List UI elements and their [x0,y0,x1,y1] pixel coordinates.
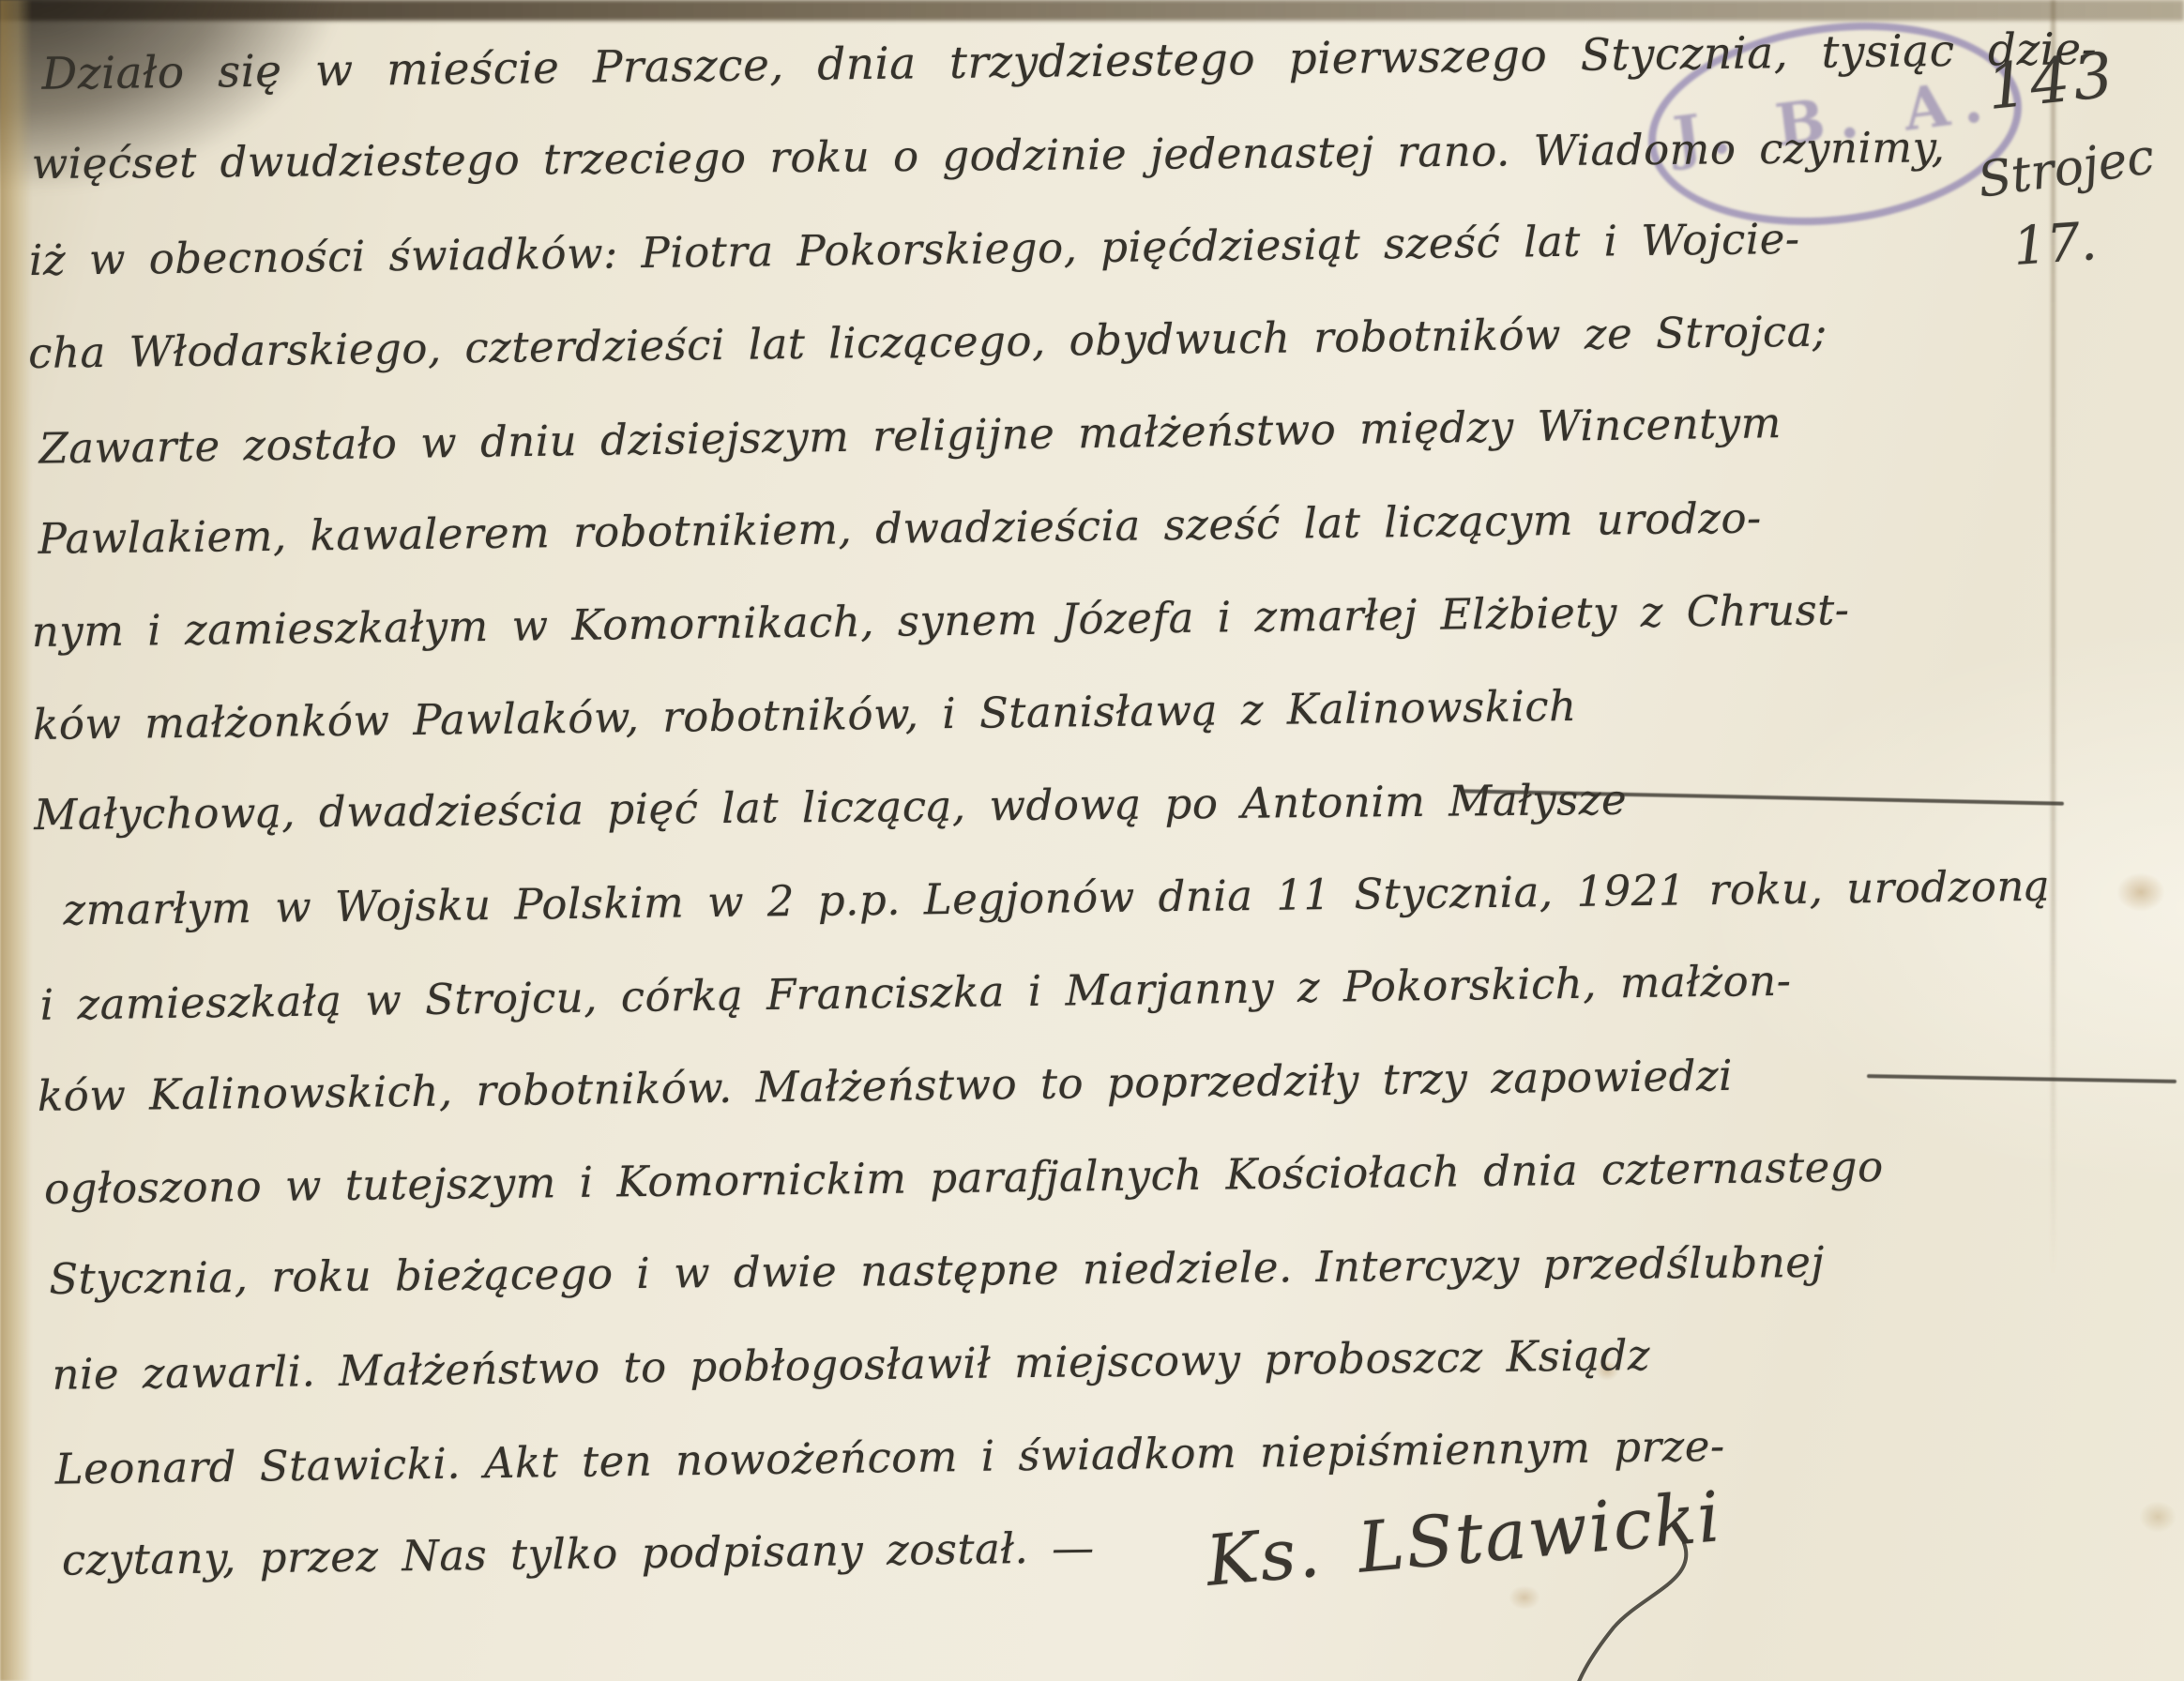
signature-flourish-icon [1464,1538,1707,1681]
handwritten-line: Małychową, dwadzieścia pięć lat liczącą,… [34,749,2070,861]
paper-stain [2116,872,2165,912]
page-number: 143 [1983,38,2119,124]
paper-stain [2139,1501,2176,1533]
handwritten-line: więćset dwudziestego trzeciego roku o go… [31,99,2062,210]
handwritten-text: Działo się w mieście Praszce, dnia trzyd… [24,3,2079,1606]
act-number: 17. [2011,211,2099,278]
register-page: J. B. A. Działo się w mieście Praszce, d… [0,0,2184,1681]
handwritten-line: Stycznia, roku bieżącego i w dwie następ… [49,1213,2076,1325]
